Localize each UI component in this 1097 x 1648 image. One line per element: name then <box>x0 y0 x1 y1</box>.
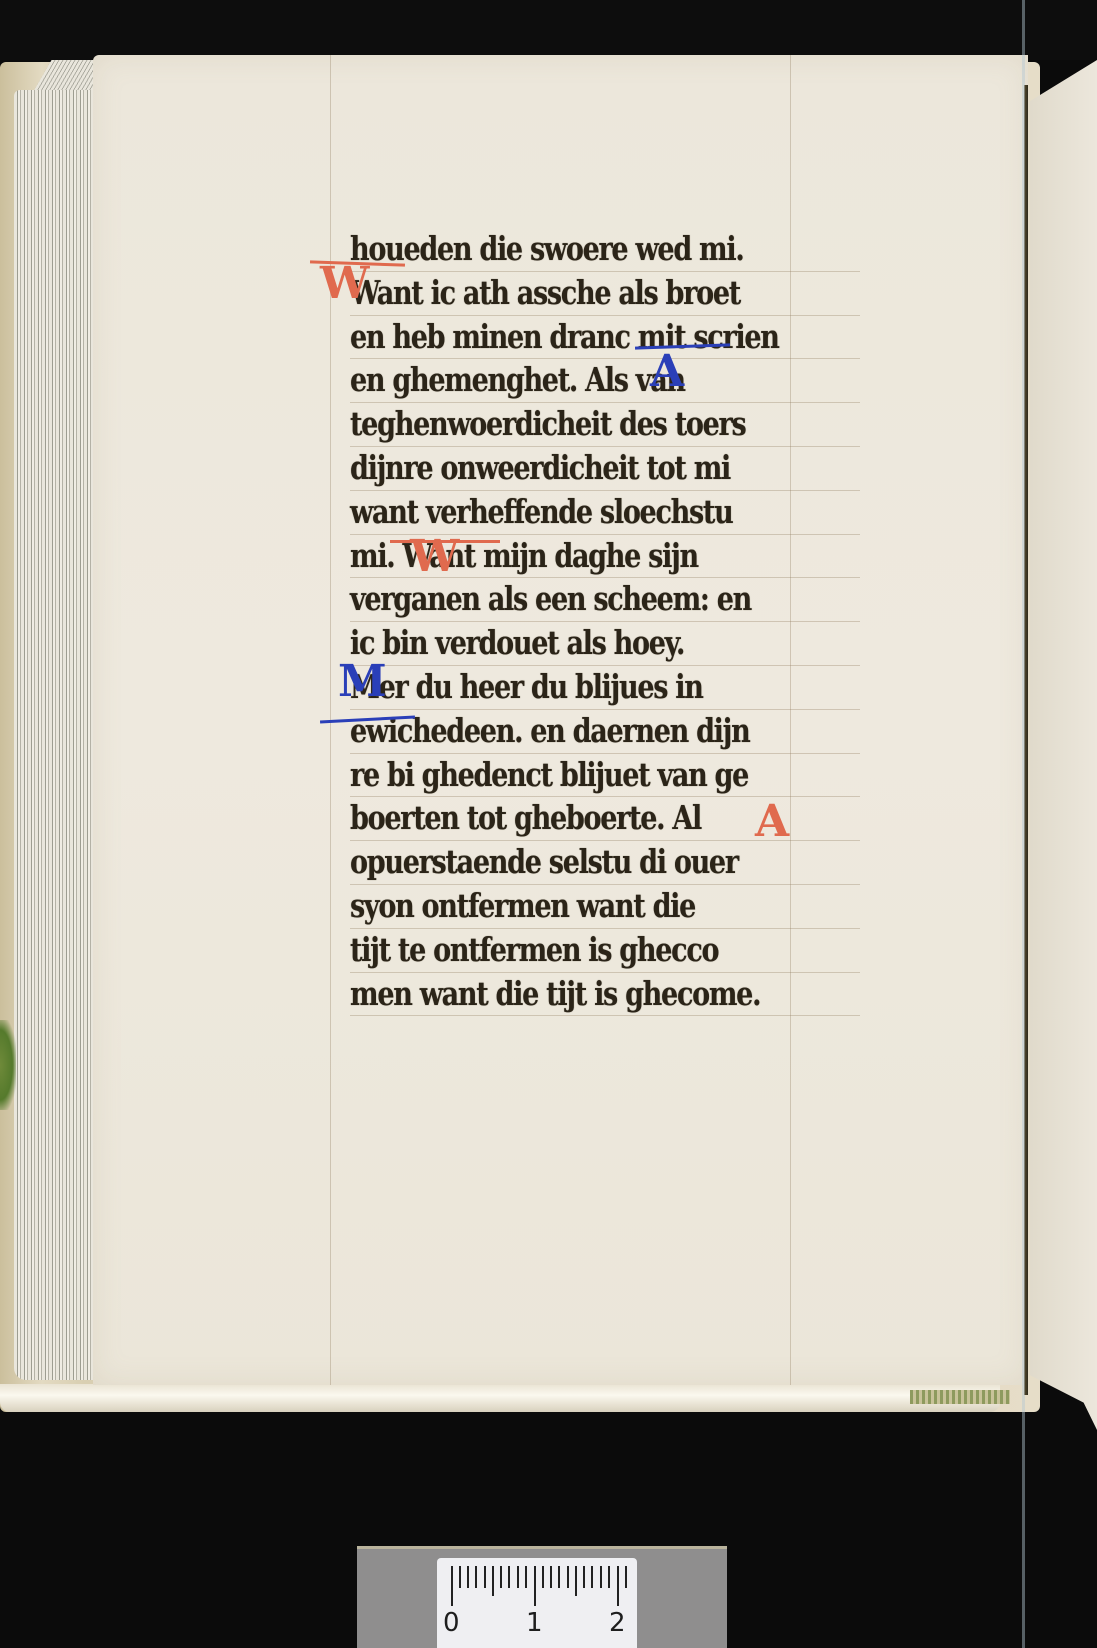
initial-W-red: W <box>320 262 369 306</box>
glass-plate-edge <box>1022 0 1025 1648</box>
text-line: teghenwoerdicheit des toers <box>350 403 860 447</box>
text-line: men want die tijt is ghecome. <box>350 973 860 1017</box>
text-line: houeden die swoere wed mi. <box>350 228 860 272</box>
text-line: dijnre onweerdicheit tot mi <box>350 447 860 491</box>
text-line: opuerstaende selstu di ouer <box>350 841 860 885</box>
text-line: ic bin verdouet als hoey. <box>350 622 860 666</box>
text-line: ewichedeen. en daernen dijn <box>350 710 860 754</box>
text-line: want verheffende sloechstu <box>350 491 860 535</box>
facing-page <box>1030 60 1097 1430</box>
green-thread-bottom <box>910 1390 1010 1404</box>
initial-A-red: A <box>755 800 789 844</box>
text-block: houeden die swoere wed mi. Want ic ath a… <box>350 228 860 1016</box>
scale-ruler: 0 1 2 <box>437 1558 637 1648</box>
page-stack-edges <box>14 90 94 1380</box>
text-line: Want ic ath assche als broet <box>350 272 860 316</box>
scale-label-1: 1 <box>526 1608 543 1638</box>
cover-bottom-edge <box>0 1384 1000 1412</box>
text-line: Mer du heer du blijues in <box>350 666 860 710</box>
initial-M-blue: M <box>338 660 387 704</box>
text-line: re bi ghedenct blijuet van ge <box>350 754 860 798</box>
initial-W-red: W <box>410 535 459 579</box>
initial-A-blue: A <box>650 350 684 394</box>
text-line: tijt te ontfermen is ghecco <box>350 929 860 973</box>
text-line: syon ontfermen want die <box>350 885 860 929</box>
background-top <box>0 0 1097 60</box>
green-thread-left <box>0 1020 16 1110</box>
scale-label-2: 2 <box>609 1608 626 1638</box>
text-line: en heb minen dranc mit scrien <box>350 316 860 360</box>
text-line: verganen als een scheem: en <box>350 578 860 622</box>
text-line: en ghemenghet. Als van <box>350 359 860 403</box>
scale-label-0: 0 <box>443 1608 460 1638</box>
